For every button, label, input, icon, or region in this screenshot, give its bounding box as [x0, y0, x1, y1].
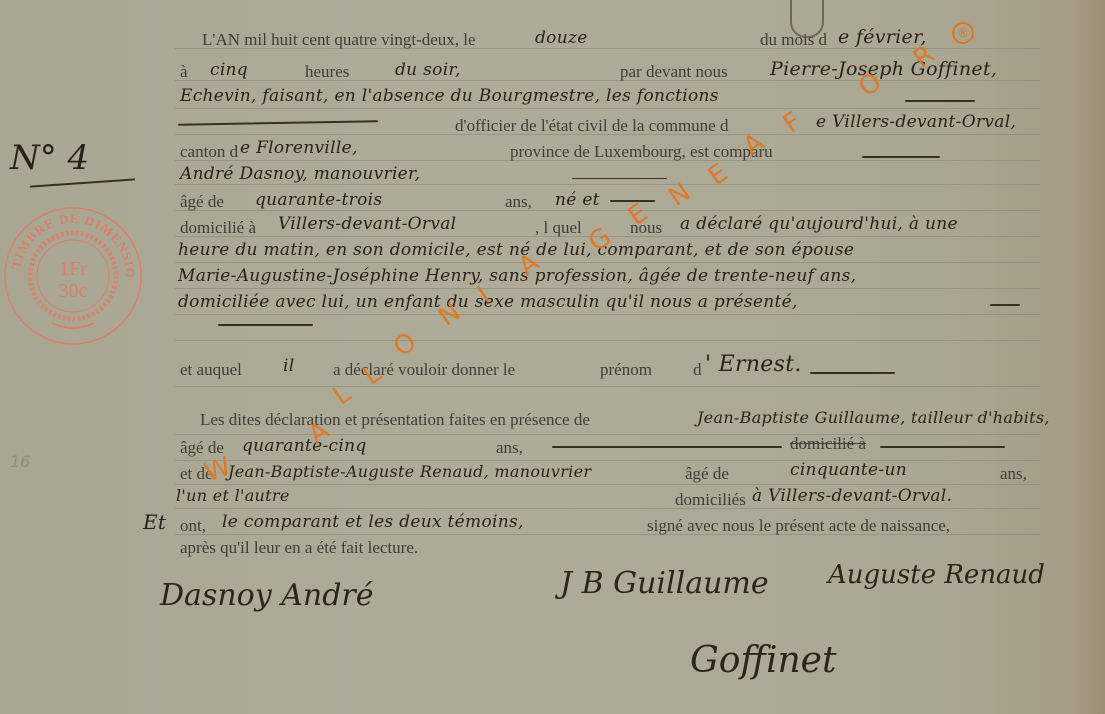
printed-text: province de Luxembourg, est comparu [510, 142, 773, 162]
handwritten-text: Echevin, faisant, en l'absence du Bourgm… [180, 86, 719, 106]
printed-text: après qu'il leur en a été fait lecture. [180, 538, 418, 558]
handwritten-witness-domicile: à Villers-devant-Orval. [752, 486, 952, 506]
handwritten-canton: e Florenville, [240, 138, 358, 158]
handwritten-day: douze [535, 28, 588, 48]
signature-witness2: Auguste Renaud [828, 560, 1045, 590]
printed-text: signé avec nous le présent acte de naiss… [647, 516, 950, 536]
signature-father: Dasnoy André [160, 578, 374, 613]
svg-text:1Fr: 1Fr [59, 258, 87, 280]
handwritten-text: le comparant et les deux témoins, [222, 512, 524, 532]
filler-line [880, 446, 1005, 448]
handwritten-child-name: ' Ernest. [705, 352, 802, 377]
printed-text: prénom [600, 360, 652, 380]
tax-stamp: TIMBRE DE DIMENSION 1Fr 30c [2, 205, 144, 347]
filler-line [218, 324, 313, 326]
handwritten-domicile: Villers-devant-Orval [278, 214, 456, 234]
handwritten-text: il [283, 356, 294, 376]
handwritten-father-age: quarante-trois [255, 190, 382, 210]
handwritten-text: né et [555, 190, 600, 210]
handwritten-father-name: André Dasnoy, manouvrier, [180, 164, 420, 184]
printed-text: du mois d [760, 30, 827, 50]
printed-text: , l quel [535, 218, 582, 238]
handwritten-officer-name: Pierre-Joseph Goffinet, [770, 58, 997, 80]
filler-line [552, 446, 782, 448]
printed-text: par devant nous [620, 62, 728, 82]
printed-text: Les dites déclaration et présentation fa… [200, 410, 590, 430]
handwritten-hour: cinq [210, 60, 248, 80]
printed-text: ans, [496, 438, 523, 458]
filler-line [178, 120, 378, 125]
printed-text: ont, [180, 516, 206, 536]
printed-text: et auquel [180, 360, 242, 380]
printed-text: âgé de [180, 192, 224, 212]
printed-text: ans, [1000, 464, 1027, 484]
signature-officer: Goffinet [690, 640, 836, 681]
handwritten-text: l'un et l'autre [176, 486, 290, 505]
handwritten-witness1: Jean-Baptiste Guillaume, tailleur d'habi… [697, 408, 1050, 427]
printed-text: à [180, 62, 188, 82]
entry-number-underline [30, 178, 135, 187]
printed-text: heures [305, 62, 349, 82]
printed-text: d [693, 360, 702, 380]
handwritten-margin-text: Et [143, 510, 166, 534]
entry-number: N° 4 [10, 138, 89, 178]
handwritten-witness2: Jean-Baptiste-Auguste Renaud, manouvrier [228, 462, 591, 481]
printed-text: âgé de [685, 464, 729, 484]
filler-line [810, 372, 895, 374]
filler-line [862, 156, 940, 158]
handwritten-mother: Marie-Augustine-Joséphine Henry, sans pr… [178, 266, 856, 286]
printed-text: ans, [505, 192, 532, 212]
handwritten-witness2-age: cinquante-un [790, 460, 907, 480]
filler-line [990, 304, 1020, 306]
printed-text: L'AN mil huit cent quatre vingt-deux, le [202, 30, 476, 50]
printed-text-struck: domicilié à [790, 434, 866, 454]
handwritten-text: a déclaré qu'aujourd'hui, à une [680, 214, 958, 234]
printed-text: d'officier de l'état civil de la commune… [455, 116, 728, 136]
handwritten-commune: e Villers-devant-Orval, [816, 112, 1016, 132]
handwritten-witness1-age: quarante-cinq [242, 436, 367, 456]
filler-line [905, 100, 975, 102]
handwritten-time-of-day: du soir, [395, 60, 461, 80]
printed-text: canton d [180, 142, 238, 162]
printed-text: domiciliés [675, 490, 746, 510]
pencil-note: 16 [10, 452, 30, 471]
registered-mark: ® [952, 22, 974, 44]
signature-witness1: J B Guillaume [560, 566, 769, 601]
printed-text: domicilié à [180, 218, 256, 238]
svg-text:30c: 30c [59, 280, 88, 302]
filler-line [572, 178, 667, 179]
